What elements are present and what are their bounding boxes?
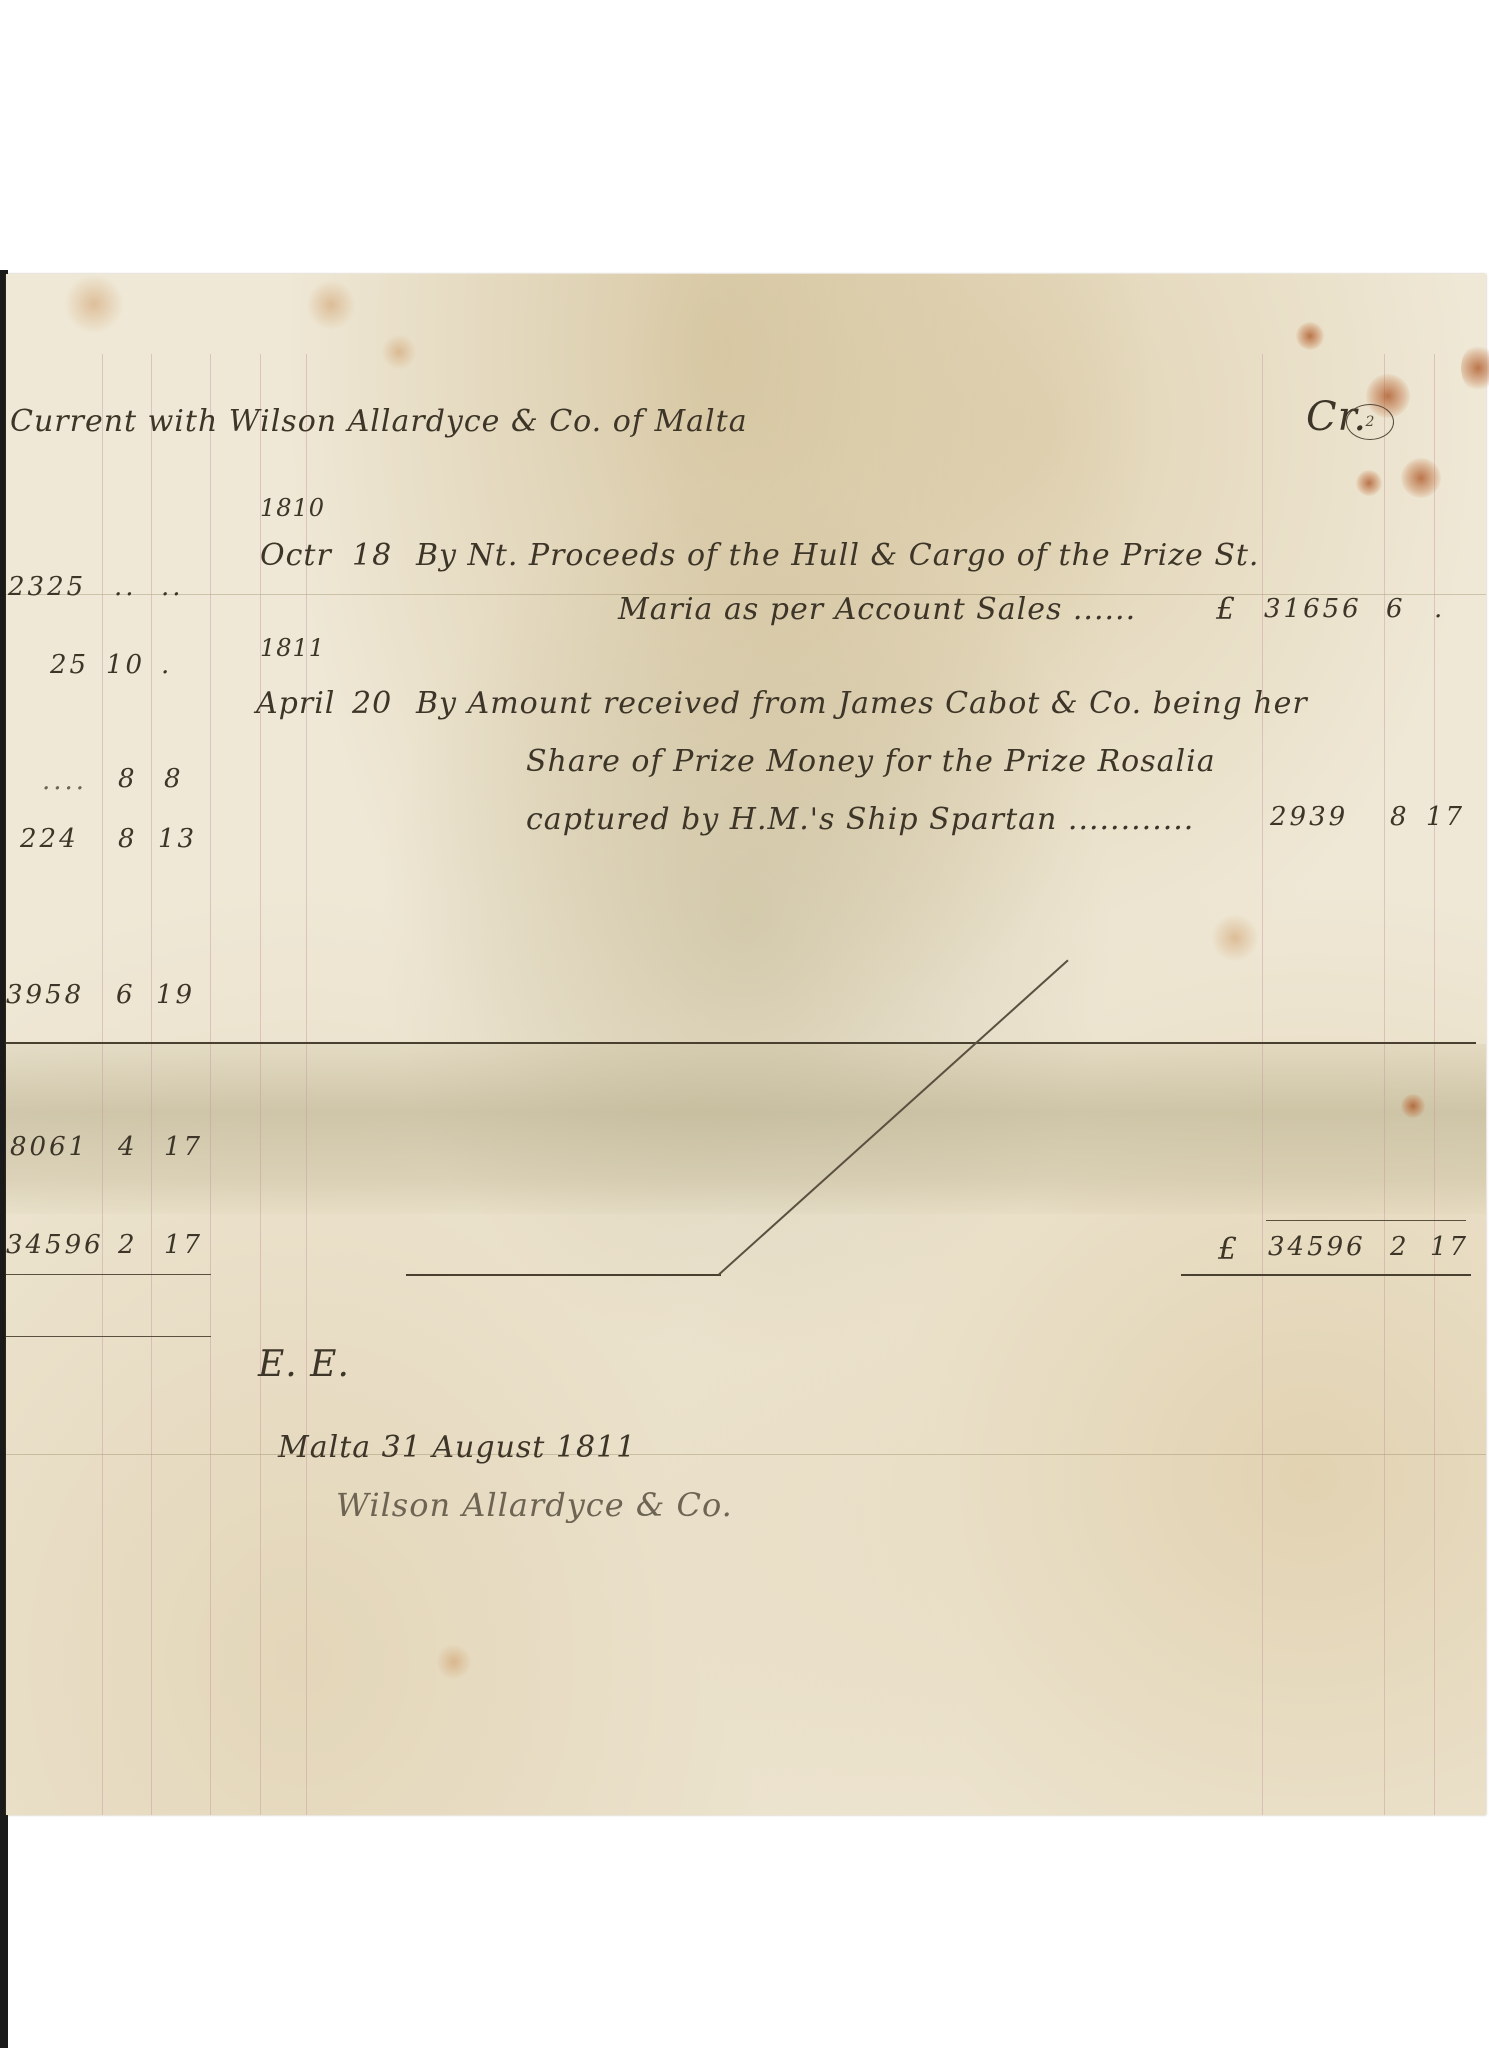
currency-mark: £: [1218, 1232, 1238, 1267]
place-and-date: Malta 31 August 1811: [278, 1430, 636, 1465]
total-shillings: 2: [1390, 1232, 1410, 1262]
column-rule: [306, 354, 307, 1815]
column-rule: [1262, 354, 1263, 1815]
fragment-shillings: 10: [106, 650, 145, 680]
entry-month: April: [256, 686, 335, 721]
rust-stain: [1356, 470, 1382, 496]
fragment-pounds: ....: [42, 766, 87, 796]
entry-line: By Amount received from James Cabot & Co…: [416, 686, 1308, 721]
entry-year: 1811: [260, 634, 325, 662]
fold-stain-band: [6, 1044, 1486, 1214]
total-bottom-rule: [1181, 1274, 1471, 1276]
total-pounds: 34596: [1268, 1232, 1366, 1262]
rust-stain: [1296, 322, 1324, 350]
entry-line: By Nt. Proceeds of the Hull & Cargo of t…: [416, 538, 1259, 573]
currency-mark: £: [1216, 592, 1236, 627]
fragment-pounds: 3958: [6, 980, 84, 1010]
foxing-stain: [436, 1644, 472, 1680]
closing-rule: [406, 1274, 721, 1276]
fragment-shillings: 8: [118, 824, 138, 854]
rust-stain: [1401, 458, 1441, 498]
amount-pence: .: [1434, 594, 1445, 624]
fragment-pounds: 2325: [8, 572, 86, 602]
foxing-stain: [1211, 914, 1259, 962]
entry-month: Octr: [260, 538, 332, 573]
foxing-stain: [64, 274, 124, 334]
column-rule: [102, 354, 103, 1815]
total-top-rule: [1266, 1220, 1466, 1221]
fragment-pounds: 34596: [6, 1230, 104, 1260]
entry-year: 1810: [260, 494, 325, 522]
ledger-page: Current with Wilson Allardyce & Co. of M…: [6, 274, 1486, 1815]
entry-line: captured by H.M.'s Ship Spartan ........…: [526, 802, 1194, 837]
total-rule-left: [6, 1336, 211, 1337]
entry-line: Maria as per Account Sales ......: [618, 592, 1136, 627]
amount-pence: 17: [1426, 802, 1465, 832]
signature: Wilson Allardyce & Co.: [336, 1486, 733, 1524]
fragment-pence: 8: [164, 764, 184, 794]
fragment-shillings: 6: [116, 980, 136, 1010]
subtotal-rule: [6, 1274, 211, 1275]
account-heading: Current with Wilson Allardyce & Co. of M…: [10, 404, 748, 439]
amount-shillings: 6: [1386, 594, 1406, 624]
fragment-pence: 13: [158, 824, 197, 854]
section-rule: [6, 1042, 1476, 1044]
fragment-shillings: 4: [118, 1132, 138, 1162]
column-rule: [1434, 354, 1435, 1815]
circled-page-mark: 2: [1346, 404, 1394, 440]
column-rule: [210, 354, 211, 1815]
entry-day: 20: [352, 686, 392, 721]
rust-stain: [1401, 1094, 1425, 1118]
foxing-stain: [381, 334, 417, 370]
column-rule: [260, 354, 261, 1815]
fragment-shillings: ..: [114, 572, 137, 602]
fragment-pence: 19: [156, 980, 195, 1010]
amount-pounds: 31656: [1264, 594, 1362, 624]
column-rule: [151, 354, 152, 1815]
fragment-pence: .: [161, 650, 172, 680]
fragment-pence: 17: [164, 1230, 203, 1260]
total-pence: 17: [1430, 1232, 1469, 1262]
foxing-stain: [306, 280, 356, 330]
entry-line: Share of Prize Money for the Prize Rosal…: [526, 744, 1216, 779]
entry-day: 18: [352, 538, 392, 573]
fragment-pounds: 224: [20, 824, 79, 854]
rust-stain: [1461, 344, 1489, 392]
fragment-pence: ..: [161, 572, 184, 602]
fragment-pounds: 8061: [10, 1132, 88, 1162]
fragment-shillings: 8: [118, 764, 138, 794]
amount-shillings: 8: [1390, 802, 1410, 832]
fragment-pence: 17: [164, 1132, 203, 1162]
fold-crease: [6, 1454, 1486, 1455]
fragment-shillings: 2: [118, 1230, 138, 1260]
amount-pounds: 2939: [1270, 802, 1348, 832]
errors-excepted-mark: E. E.: [258, 1344, 350, 1385]
fragment-pounds: 25: [50, 650, 89, 680]
column-rule: [1384, 354, 1385, 1815]
